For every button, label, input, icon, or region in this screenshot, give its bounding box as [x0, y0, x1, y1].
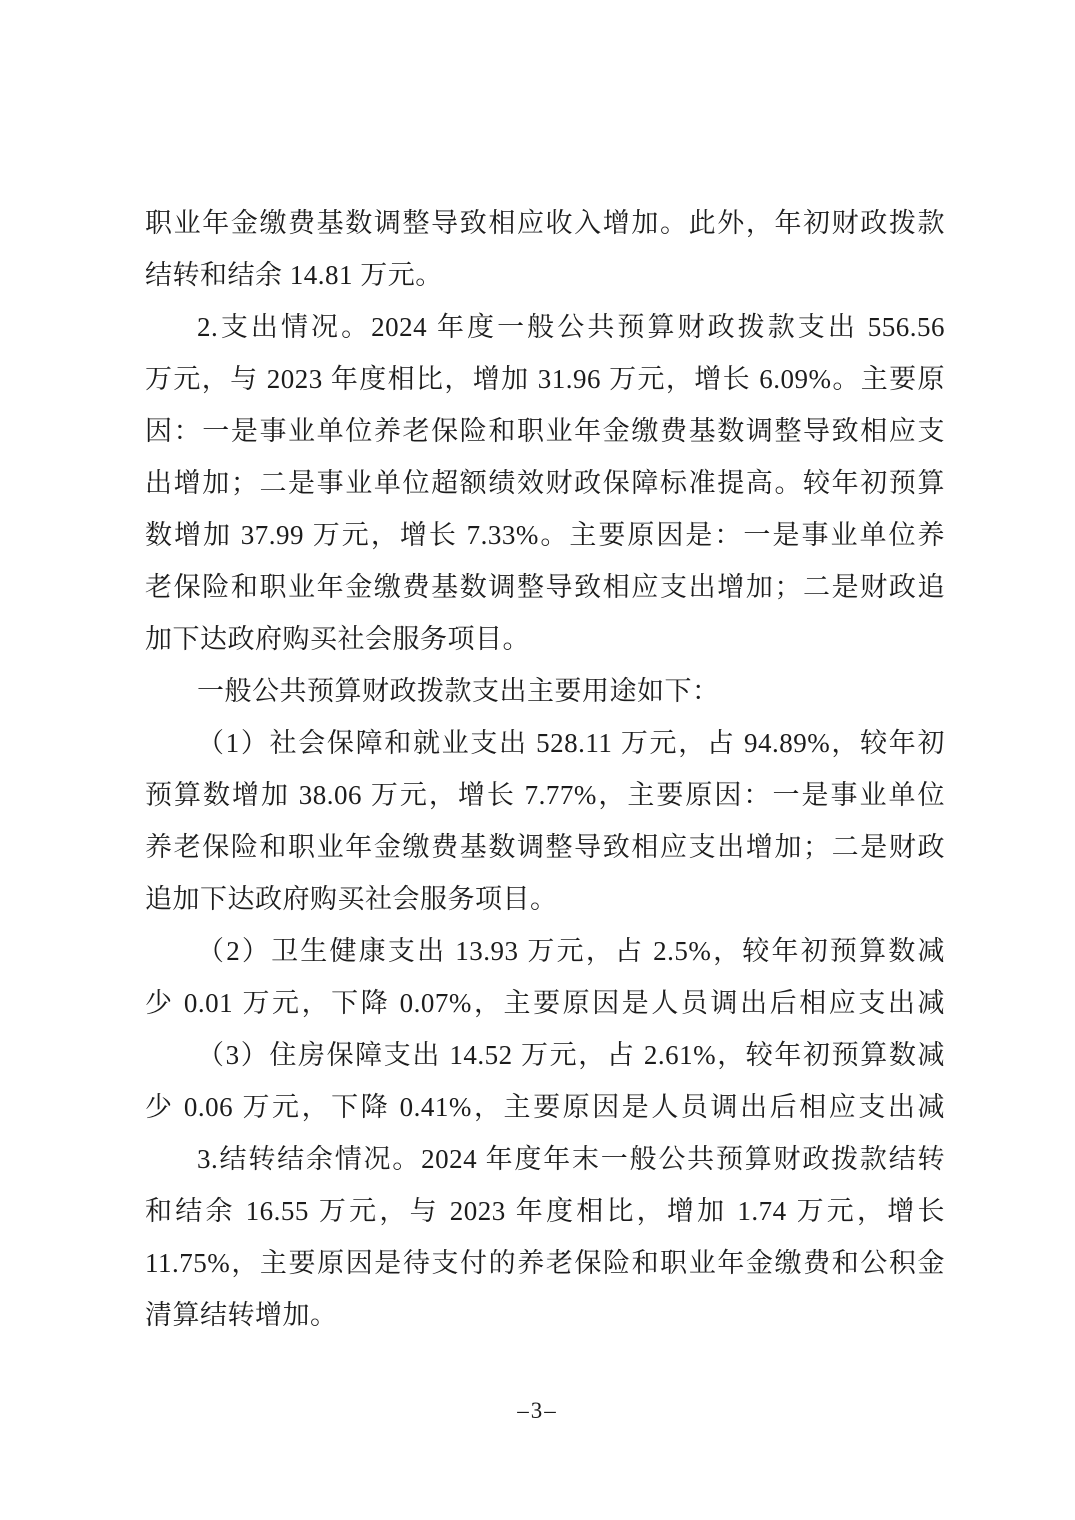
doc-line: 数增加 37.99 万元，增长 7.33%。主要原因是：一是事业单位养 — [145, 509, 945, 561]
doc-line: 养老保险和职业年金缴费基数调整导致相应支出增加；二是财政 — [145, 821, 945, 873]
document-page: 职业年金缴费基数调整导致相应收入增加。此外，年初财政拨款 结转和结余 14.81… — [0, 0, 1075, 1520]
doc-line: 职业年金缴费基数调整导致相应收入增加。此外，年初财政拨款 — [145, 197, 945, 249]
page-number: –3– — [0, 1394, 1075, 1428]
doc-line: （3）住房保障支出 14.52 万元，占 2.61%，较年初预算数减 — [145, 1029, 945, 1081]
doc-line: 追加下达政府购买社会服务项目。 — [145, 873, 945, 925]
body-text: 职业年金缴费基数调整导致相应收入增加。此外，年初财政拨款 结转和结余 14.81… — [145, 197, 945, 1341]
doc-line: 3.结转结余情况。2024 年度年末一般公共预算财政拨款结转 — [145, 1133, 945, 1185]
doc-line: 出增加；二是事业单位超额绩效财政保障标准提高。较年初预算 — [145, 457, 945, 509]
doc-line: 11.75%，主要原因是待支付的养老保险和职业年金缴费和公积金 — [145, 1237, 945, 1289]
doc-line: 2.支出情况。2024 年度一般公共预算财政拨款支出 556.56 — [145, 301, 945, 353]
doc-line: 结转和结余 14.81 万元。 — [145, 249, 945, 301]
doc-line: （2）卫生健康支出 13.93 万元，占 2.5%，较年初预算数减 — [145, 925, 945, 977]
doc-line: 和结余 16.55 万元，与 2023 年度相比，增加 1.74 万元，增长 — [145, 1185, 945, 1237]
doc-line: 少 0.01 万元，下降 0.07%，主要原因是人员调出后相应支出减少。 — [145, 977, 945, 1029]
doc-line: 少 0.06 万元，下降 0.41%，主要原因是人员调出后相应支出减少。 — [145, 1081, 945, 1133]
doc-line: （1）社会保障和就业支出 528.11 万元，占 94.89%，较年初 — [145, 717, 945, 769]
doc-line: 因：一是事业单位养老保险和职业年金缴费基数调整导致相应支 — [145, 405, 945, 457]
doc-line: 一般公共预算财政拨款支出主要用途如下： — [145, 665, 945, 717]
doc-line: 万元，与 2023 年度相比，增加 31.96 万元，增长 6.09%。主要原 — [145, 353, 945, 405]
doc-line: 加下达政府购买社会服务项目。 — [145, 613, 945, 665]
doc-line: 老保险和职业年金缴费基数调整导致相应支出增加；二是财政追 — [145, 561, 945, 613]
doc-line: 预算数增加 38.06 万元，增长 7.77%，主要原因：一是事业单位 — [145, 769, 945, 821]
doc-line: 清算结转增加。 — [145, 1289, 945, 1341]
